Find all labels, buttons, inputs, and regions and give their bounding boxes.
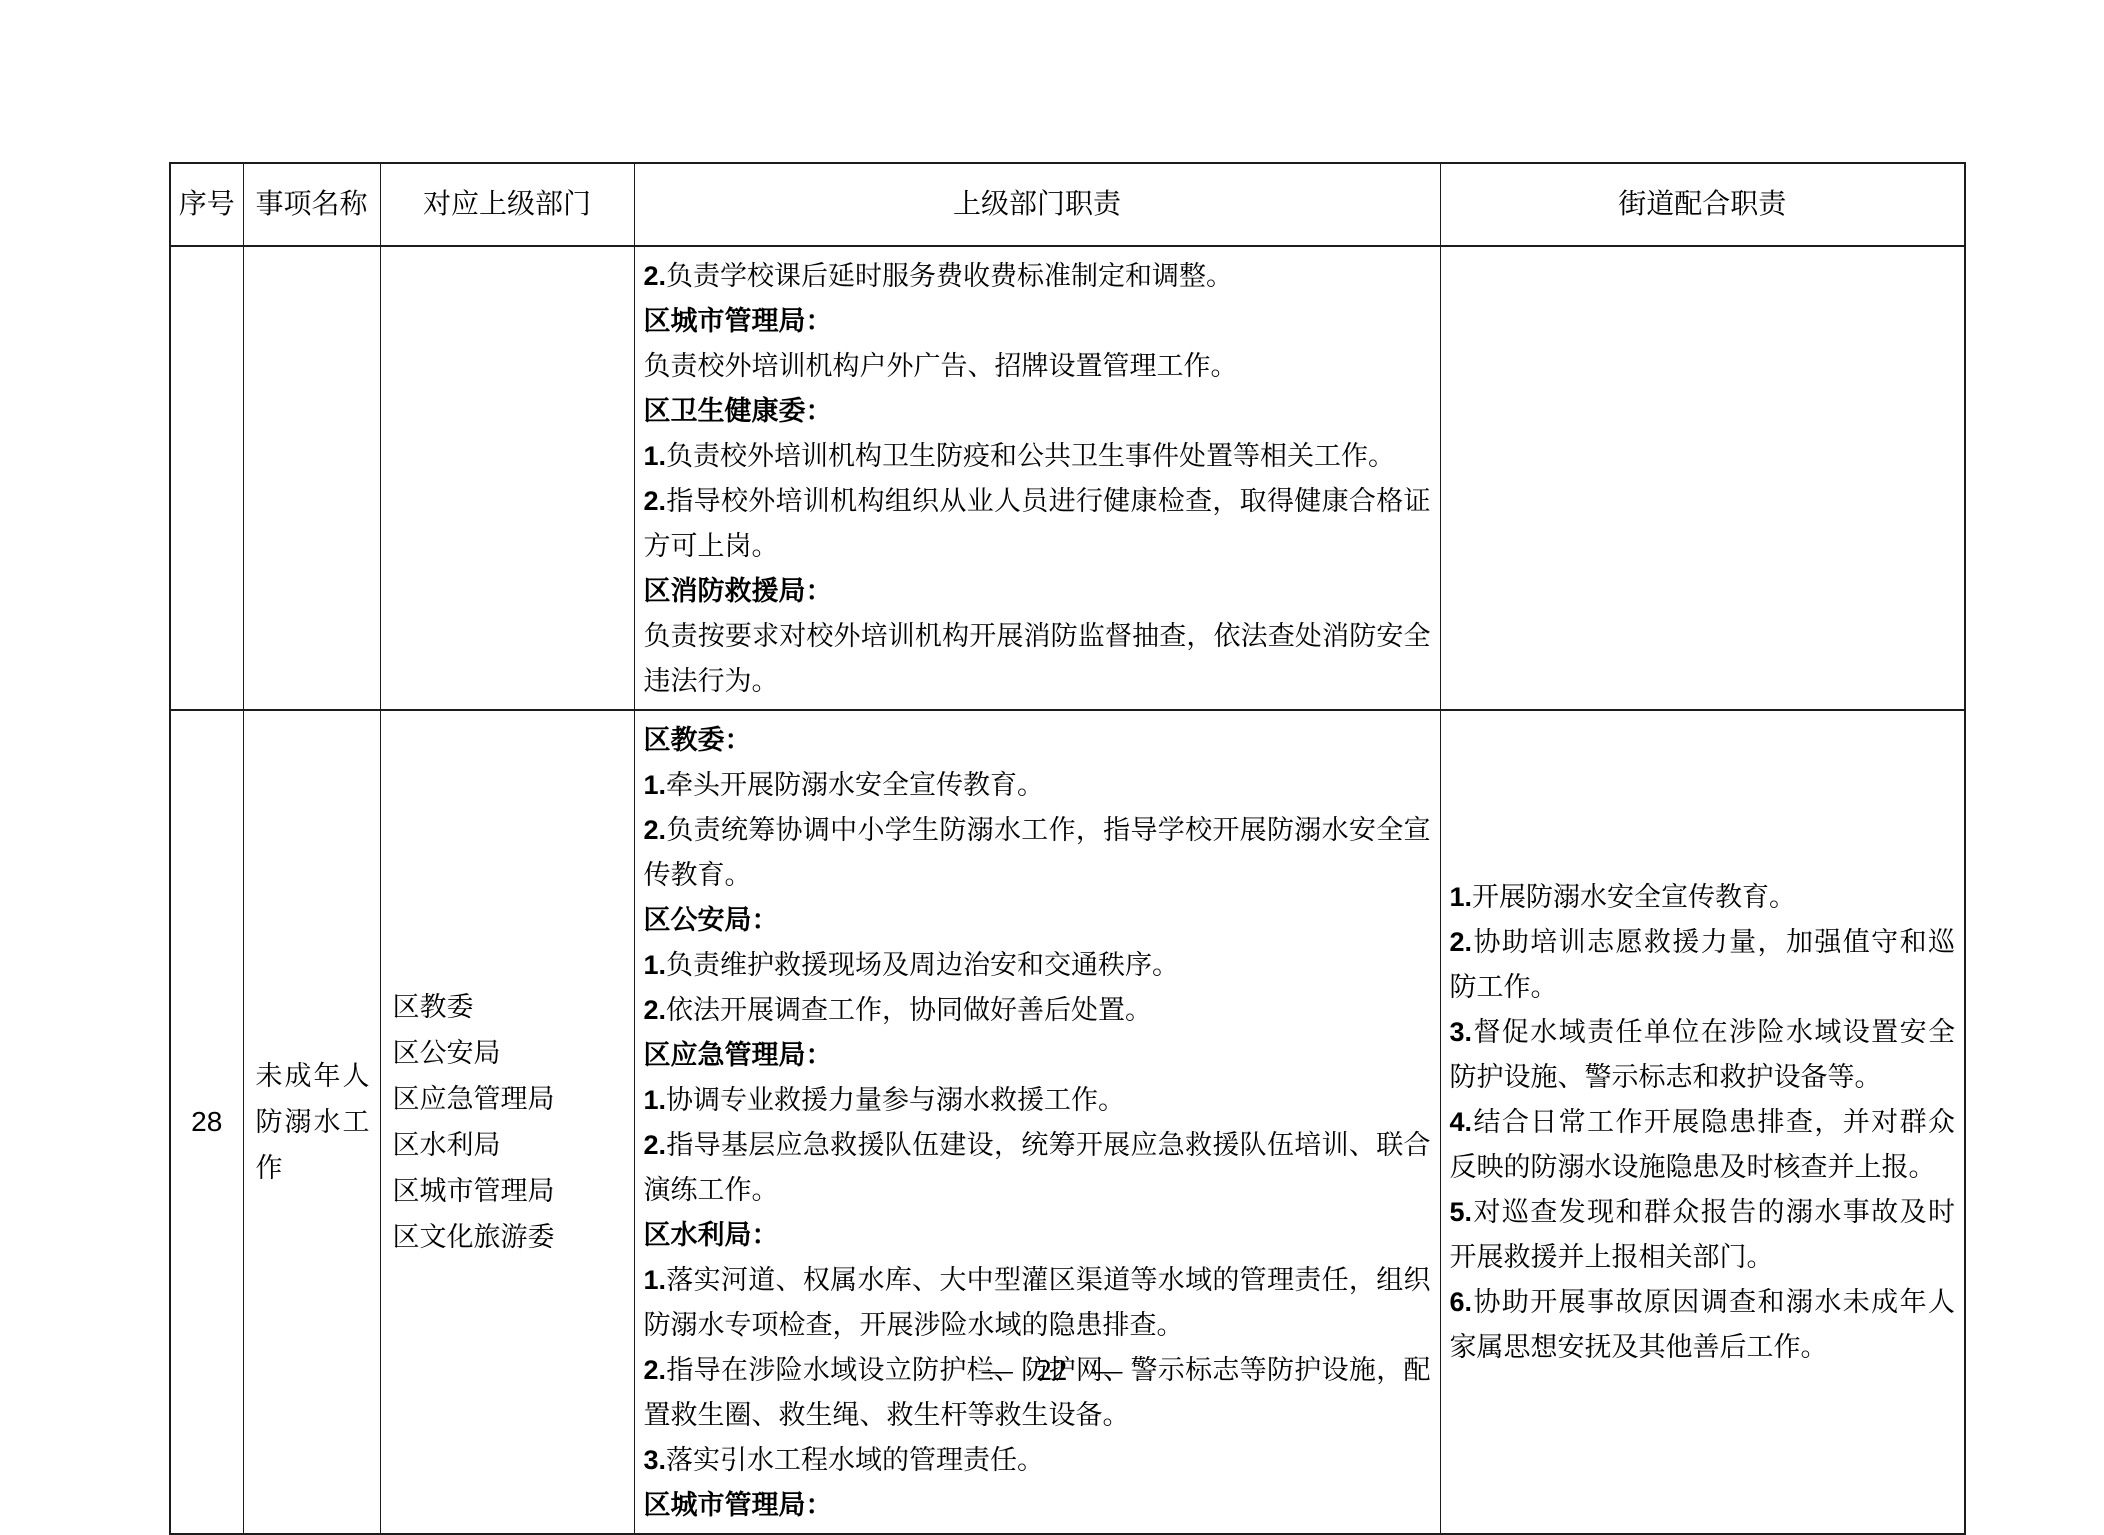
department-heading: 区消防救援局： (644, 569, 1431, 614)
department-name: 区城市管理局 (393, 1168, 625, 1214)
duty-item: 3.督促水域责任单位在涉险水域设置安全防护设施、警示标志和救护设备等。 (1450, 1010, 1956, 1100)
duty-item: 2.依法开展调查工作，协同做好善后处置。 (644, 988, 1431, 1033)
item-number: 1. (644, 1265, 667, 1295)
department-name: 区文化旅游委 (393, 1214, 625, 1260)
duty-item: 1.负责校外培训机构卫生防疫和公共卫生事件处置等相关工作。 (644, 434, 1431, 479)
item-number: 2. (644, 261, 667, 291)
item-number: 2. (644, 995, 667, 1025)
item-number: 1. (644, 1085, 667, 1115)
item-number: 3. (644, 1445, 667, 1475)
department-heading: 区公安局： (644, 898, 1431, 943)
department-heading: 区水利局： (644, 1213, 1431, 1258)
item-number: 1. (644, 441, 667, 471)
table-body: 2.负责学校课后延时服务费收费标准制定和调整。区城市管理局：负责校外培训机构户外… (170, 246, 1965, 1534)
departments-cell: 区教委区公安局区应急管理局区水利局区城市管理局区文化旅游委 (380, 710, 634, 1534)
table-row: 28未成年人防溺水工作区教委区公安局区应急管理局区水利局区城市管理局区文化旅游委… (170, 710, 1965, 1534)
superior-duties-cell: 区教委：1.牵头开展防溺水安全宣传教育。2.负责统筹协调中小学生防溺水工作，指导… (634, 710, 1440, 1534)
street-duties-cell: 1.开展防溺水安全宣传教育。2.协助培训志愿救援力量，加强值守和巡防工作。3.督… (1440, 710, 1965, 1534)
department-heading: 区应急管理局： (644, 1033, 1431, 1078)
header-cell: 事项名称 (243, 163, 380, 246)
department-heading: 区教委： (644, 718, 1431, 763)
duty-item: 2.负责统筹协调中小学生防溺水工作，指导学校开展防溺水安全宣传教育。 (644, 808, 1431, 898)
item-number: 1. (1450, 882, 1473, 912)
item-number: 6. (1450, 1287, 1473, 1317)
document-page: { "table": { "headers": ["序号", "事项名称", "… (0, 0, 2104, 1488)
duty-item: 1.负责维护救援现场及周边治安和交通秩序。 (644, 943, 1431, 988)
department-heading: 区卫生健康委： (644, 389, 1431, 434)
duty-item: 3.落实引水工程水域的管理责任。 (644, 1438, 1431, 1483)
duty-item: 4.结合日常工作开展隐患排查，并对群众反映的防溺水设施隐患及时核查并上报。 (1450, 1100, 1956, 1190)
item-number: 3. (1450, 1017, 1473, 1047)
duty-item: 负责校外培训机构户外广告、招牌设置管理工作。 (644, 344, 1431, 389)
header-cell: 上级部门职责 (634, 163, 1440, 246)
department-name: 区教委 (393, 984, 625, 1030)
item-number: 5. (1450, 1197, 1473, 1227)
duty-item: 2.指导基层应急救援队伍建设，统筹开展应急救援队伍培训、联合演练工作。 (644, 1123, 1431, 1213)
duty-item: 1.协调专业救援力量参与溺水救援工作。 (644, 1078, 1431, 1123)
duty-item: 1.开展防溺水安全宣传教育。 (1450, 875, 1956, 920)
duty-item: 1.落实河道、权属水库、大中型灌区渠道等水域的管理责任，组织防溺水专项检查，开展… (644, 1258, 1431, 1348)
street-duties-cell (1440, 246, 1965, 710)
table-row: 2.负责学校课后延时服务费收费标准制定和调整。区城市管理局：负责校外培训机构户外… (170, 246, 1965, 710)
item-number: 2. (644, 815, 667, 845)
department-heading: 区城市管理局： (644, 299, 1431, 344)
item-name-cell (243, 246, 380, 710)
department-name: 区水利局 (393, 1122, 625, 1168)
seq-cell: 28 (170, 710, 243, 1534)
department-name: 区公安局 (393, 1030, 625, 1076)
header-cell: 序号 (170, 163, 243, 246)
department-heading: 区城市管理局： (644, 1483, 1431, 1528)
item-number: 1. (644, 770, 667, 800)
seq-cell (170, 246, 243, 710)
item-number: 2. (644, 1130, 667, 1160)
duty-item: 2.负责学校课后延时服务费收费标准制定和调整。 (644, 254, 1431, 299)
superior-duties-cell: 2.负责学校课后延时服务费收费标准制定和调整。区城市管理局：负责校外培训机构户外… (634, 246, 1440, 710)
header-cell: 对应上级部门 (380, 163, 634, 246)
department-name: 区应急管理局 (393, 1076, 625, 1122)
duty-item: 2.协助培训志愿救援力量，加强值守和巡防工作。 (1450, 920, 1956, 1010)
item-number: 4. (1450, 1107, 1473, 1137)
item-number: 2. (1450, 927, 1473, 957)
item-number: 1. (644, 950, 667, 980)
page-number: — 22 — (0, 1352, 2104, 1388)
duty-item: 1.牵头开展防溺水安全宣传教育。 (644, 763, 1431, 808)
departments-cell (380, 246, 634, 710)
item-number: 2. (644, 486, 667, 516)
duty-item: 5.对巡查发现和群众报告的溺水事故及时开展救援并上报相关部门。 (1450, 1190, 1956, 1280)
duty-item: 负责按要求对校外培训机构开展消防监督抽查，依法查处消防安全违法行为。 (644, 614, 1431, 704)
duty-item: 2.指导校外培训机构组织从业人员进行健康检查，取得健康合格证方可上岗。 (644, 479, 1431, 569)
header-cell: 街道配合职责 (1440, 163, 1965, 246)
item-name-cell: 未成年人防溺水工作 (243, 710, 380, 1534)
duty-table: 序号事项名称对应上级部门上级部门职责街道配合职责 2.负责学校课后延时服务费收费… (169, 162, 1966, 1535)
table-header-row: 序号事项名称对应上级部门上级部门职责街道配合职责 (170, 163, 1965, 246)
